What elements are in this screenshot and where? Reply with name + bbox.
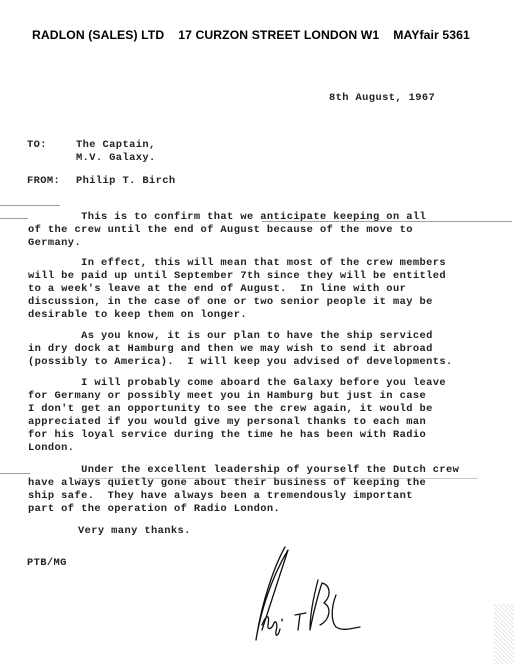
to-label: TO: (27, 139, 47, 152)
body-paragraph: I will probably come aboard the Galaxy b… (28, 377, 446, 456)
body-paragraph: As you know, it is our plan to have the … (28, 330, 453, 369)
company-address: 17 CURZON STREET LONDON W1 (178, 28, 379, 42)
closing: Very many thanks. (78, 525, 191, 538)
company-name: RADLON (SALES) LTD (32, 28, 164, 42)
signature-icon (240, 545, 370, 645)
reference-initials: PTB/MG (27, 557, 67, 570)
body-paragraph: Under the excellent leadership of yourse… (28, 464, 459, 516)
body-paragraph: In effect, this will mean that most of t… (28, 257, 446, 322)
scan-artifact-line (262, 221, 512, 222)
scan-artifact-line (0, 473, 30, 474)
scan-noise (494, 604, 514, 664)
scan-artifact-line (78, 478, 478, 479)
company-phone: MAYfair 5361 (393, 28, 470, 42)
from-label: FROM: (27, 175, 60, 188)
scan-artifact-line (0, 218, 28, 219)
letterhead: RADLON (SALES) LTD17 CURZON STREET LONDO… (25, 14, 484, 42)
letter-date: 8th August, 1967 (329, 92, 435, 105)
body-paragraph: This is to confirm that we anticipate ke… (28, 211, 426, 250)
recipient: The Captain, M.V. Galaxy. (76, 139, 156, 165)
sender-name: Philip T. Birch (76, 175, 176, 188)
scan-artifact-line (0, 205, 60, 206)
